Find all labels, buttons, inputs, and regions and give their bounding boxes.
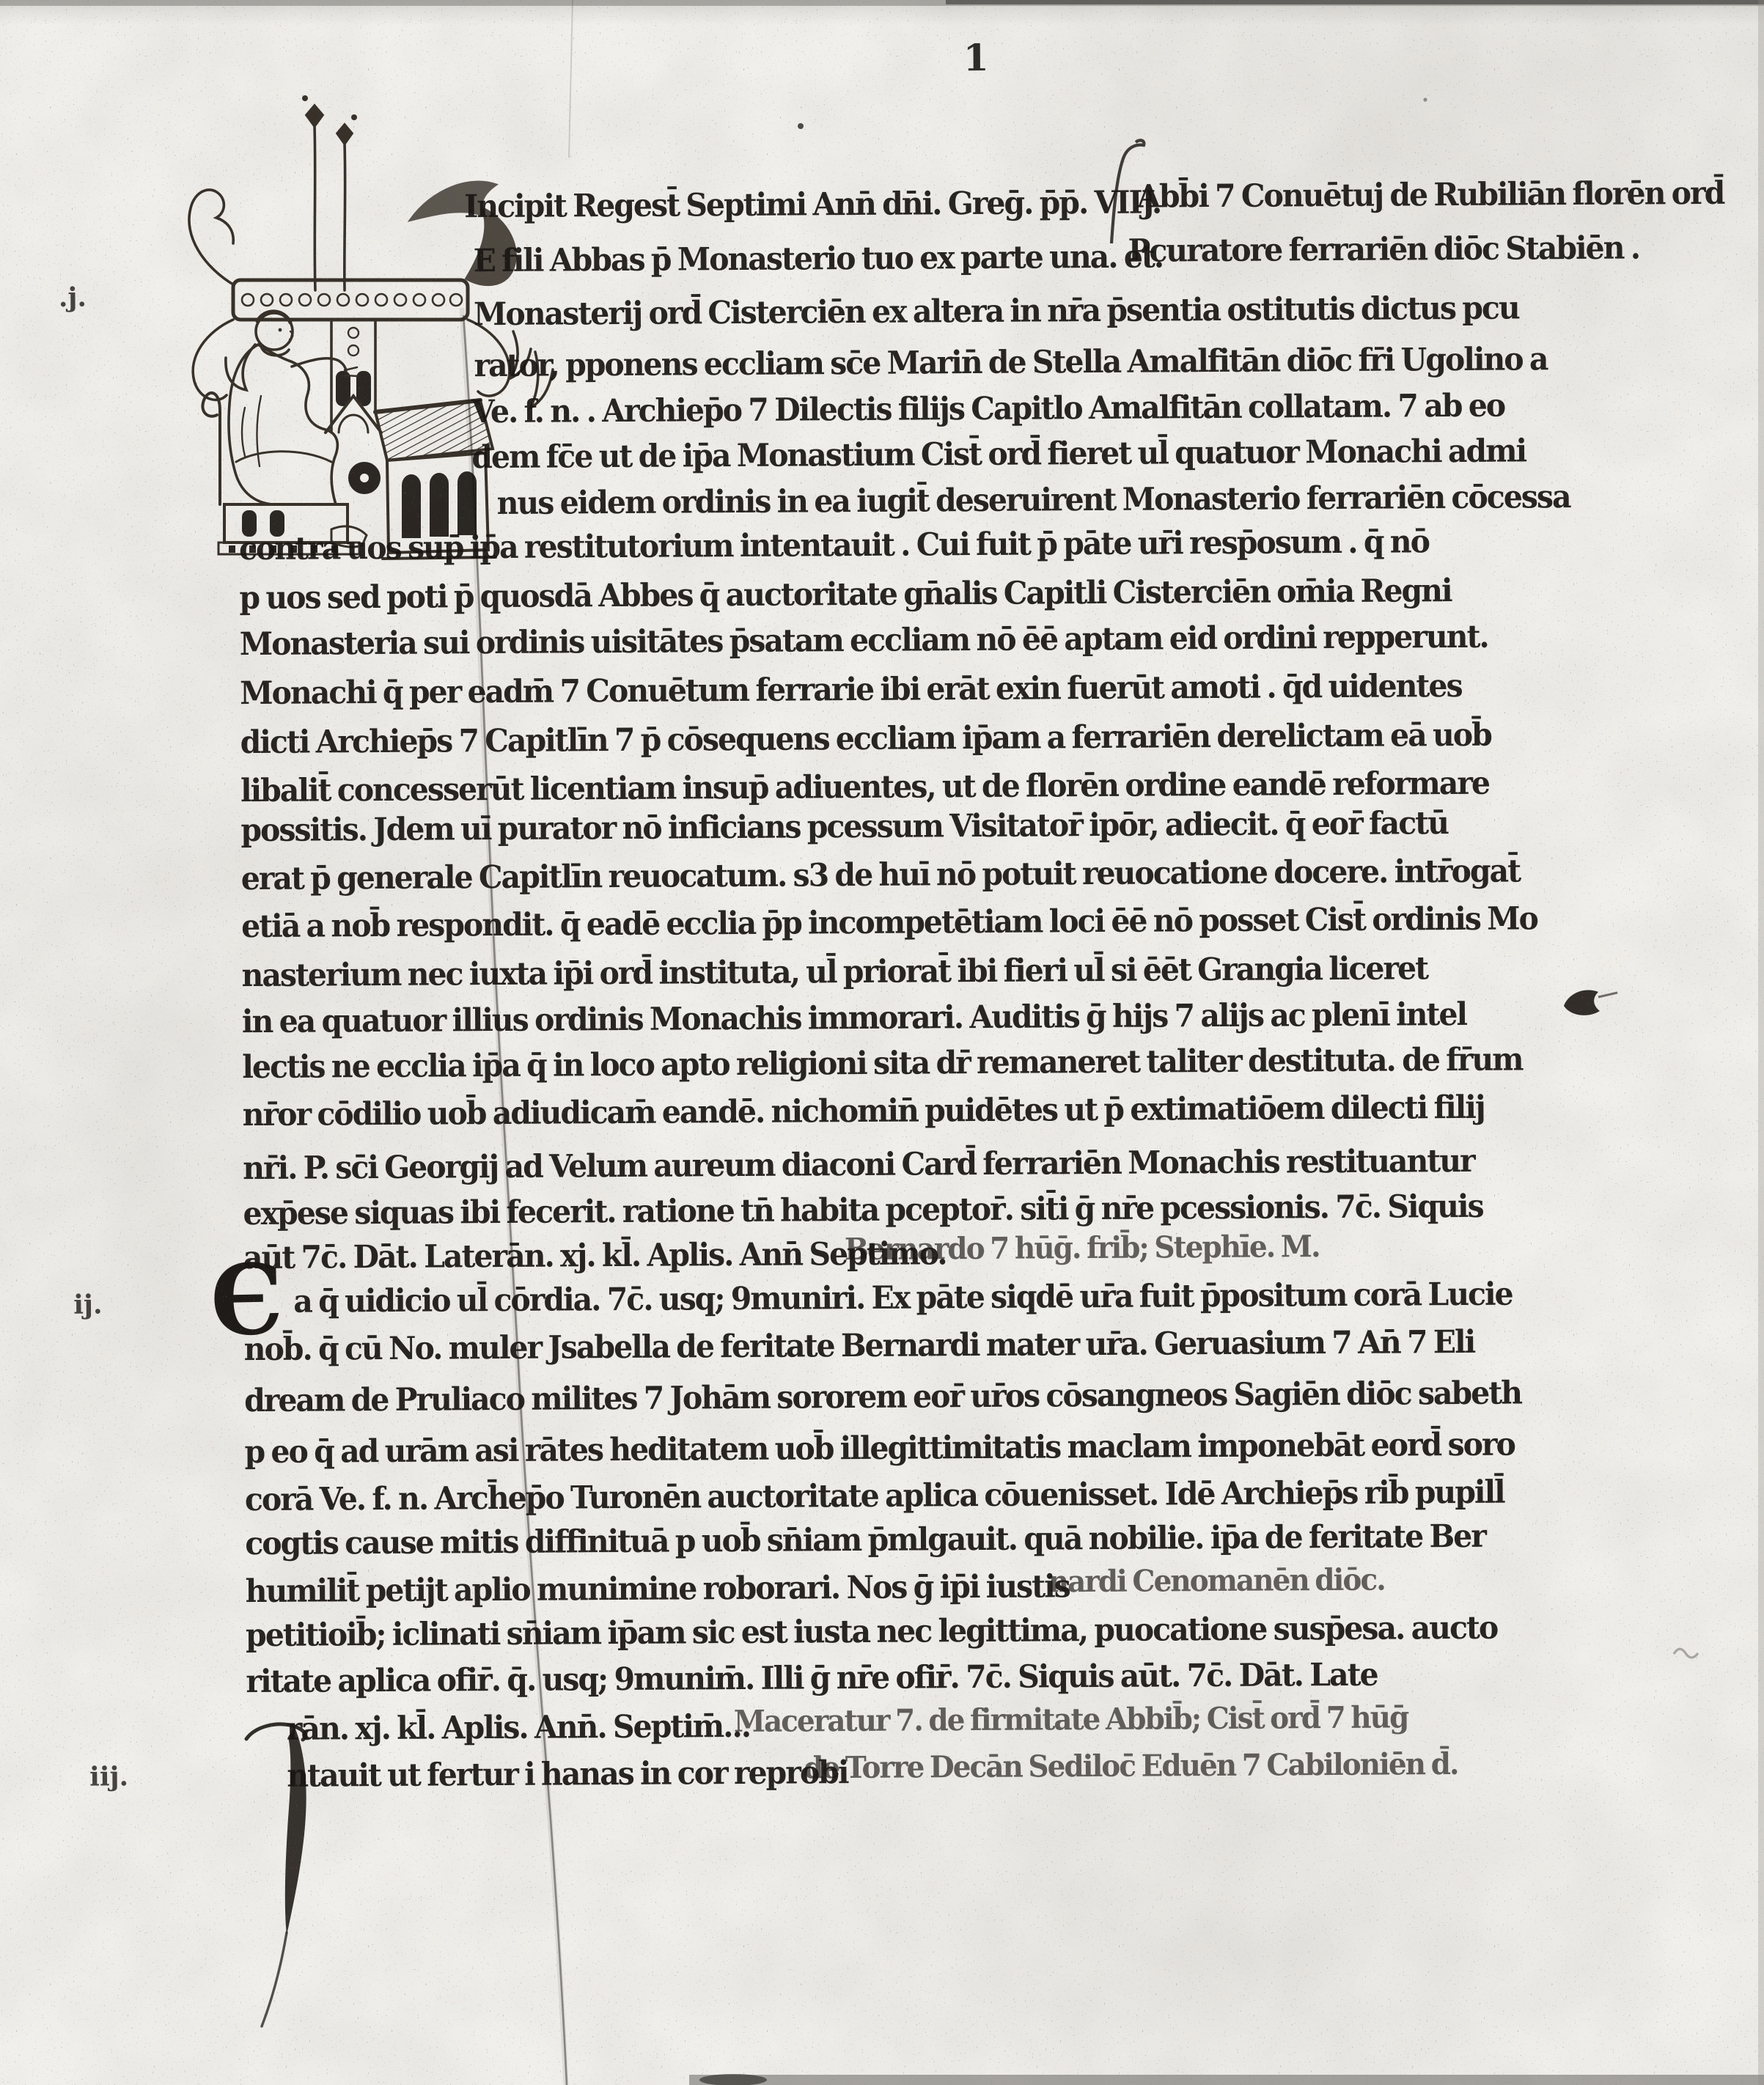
manuscript-line: nasterium nec iuxta ip̄i ord̄ instituta,… <box>241 950 1427 993</box>
manuscript-line: etiā a nob̄ respondit. q̄ eadē ecclia p̄… <box>241 901 1537 945</box>
manuscript-line: libalit̄ concesserūt licentiam insup̄ ad… <box>240 765 1489 809</box>
margin-number-3: iij. <box>89 1761 128 1792</box>
manuscript-line: corā Ve. f. n. Arch̄ep̄o Turonēn auctori… <box>245 1474 1504 1518</box>
manuscript-line: aūt 7c̄. Dāt. Laterān. xj. kl̄. Aplis. A… <box>243 1235 947 1276</box>
manuscript-line: E fili Abbas p̄ Monasterio tuo ex parte … <box>473 239 1163 279</box>
manuscript-line: Incipit Regest̄ Septimi Ann̄ dn̄i. Greḡ.… <box>464 185 1161 225</box>
manuscript-line: nr̄i. P. sc̄i Georgij ad Velum aureum di… <box>243 1143 1474 1187</box>
manuscript-line: dicti Archiep̄s 7 Capitlīn 7 p̄ cōsequen… <box>240 717 1491 761</box>
manuscript-line: rān. xj. kl̄. Aplis. Ann̄. Septim̄... <box>287 1708 750 1747</box>
margin-number-1: .j. <box>59 282 87 313</box>
manuscript-line: in ea quatuor illius ordinis Monachis im… <box>242 996 1466 1040</box>
manuscript-line: Monasteria sui ordinis uisitātes p̄satam… <box>240 619 1488 663</box>
manuscript-line: rator, pponens eccliam sc̄e Marin̄ de St… <box>474 341 1547 383</box>
manuscript-line-right-column: Pcuratore ferrariēn diōc Stabiēn . <box>1128 230 1639 270</box>
manuscript-line: cogtis cause mitis diffinituā p uob̄ sn̄… <box>245 1518 1485 1562</box>
manuscript-line-right-column: Abb̄i 7 Conuētuj de Rubiliān florēn ord̄ <box>1137 175 1724 215</box>
manuscript-text-block: 1 .j. ij. iij. Є Incipit Regest̄ Septimi… <box>0 0 1764 2085</box>
manuscript-line: contra uos sup̄ ip̄a restitutorium inten… <box>239 523 1429 567</box>
manuscript-line: nus eidem ordinis in ea iugit̄ deseruire… <box>496 479 1570 521</box>
margin-number-2: ij. <box>73 1289 102 1320</box>
page-number: 1 <box>963 36 989 79</box>
manuscript-line: Monachi q̄ per eadm̄ 7 Conuētum ferrarie… <box>240 668 1462 712</box>
manuscript-line: dream de Pruliaco milites 7 Johām sorore… <box>244 1375 1521 1419</box>
manuscript-line: p uos sed poti p̄ quosdā Abbes q̄ auctor… <box>239 573 1451 617</box>
manuscript-line-addition: Maceratur 7. de firmitate Abbib̄; Cist̄ … <box>734 1701 1408 1740</box>
manuscript-line: erat p̄ generale Capitlīn reuocatum. s3 … <box>241 853 1521 897</box>
manuscript-line: a q̄ uidicio ul̄ cōrdia. 7c̄. usq; 9muni… <box>293 1276 1513 1320</box>
manuscript-line: nr̄or cōdilio uob̄ adiudicam̄ eandē. nic… <box>243 1089 1485 1133</box>
manuscript-line: dem fc̄e ut de ip̄a Monastium Cist̄ ord̄… <box>471 433 1526 476</box>
manuscript-line-addition: nardi Cenomanēn diōc. <box>1048 1563 1384 1600</box>
manuscript-line: Monasterij ord̄ Cisterciēn ex altera in … <box>474 290 1519 333</box>
manuscript-line: ritate aplica ofir̄. q̄. usq; 9munim̄. I… <box>246 1657 1378 1700</box>
manuscript-line: possitis. Jdem uī purator nō inficians p… <box>240 805 1448 849</box>
manuscript-line: lectis ne ecclia ip̄a q̄ in loco apto re… <box>242 1042 1523 1086</box>
manuscript-line: p eo q̄ ad urām asi rātes heditatem uob̄… <box>244 1427 1515 1471</box>
manuscript-line: Ve. f. n. . Archiep̄o 7 Dilectis filijs … <box>471 388 1505 430</box>
manuscript-line-addition: Bernardo 7 hūḡ. frib̄; Stephīe. M. <box>845 1229 1320 1267</box>
manuscript-line: ntauit ut fertur i hanas in cor reprobi <box>287 1754 848 1794</box>
manuscript-page-scan: 1 .j. ij. iij. Є Incipit Regest̄ Septimi… <box>0 0 1764 2085</box>
manuscript-line: humilit̄ petijt aplio munimine roborari.… <box>246 1568 1070 1609</box>
manuscript-line-addition: de Torre Decān Sediloc̄ Eduēn 7 Cabiloni… <box>804 1747 1458 1786</box>
manuscript-line: nob̄. q̄ cū No. muler Jsabella de ferita… <box>244 1324 1475 1368</box>
manuscript-line: petitioib̄; iclinati sn̄iam ip̄am sic es… <box>246 1610 1498 1654</box>
manuscript-line: exp̄ese siquas ibi fecerit. ratione tn̄ … <box>243 1188 1482 1232</box>
